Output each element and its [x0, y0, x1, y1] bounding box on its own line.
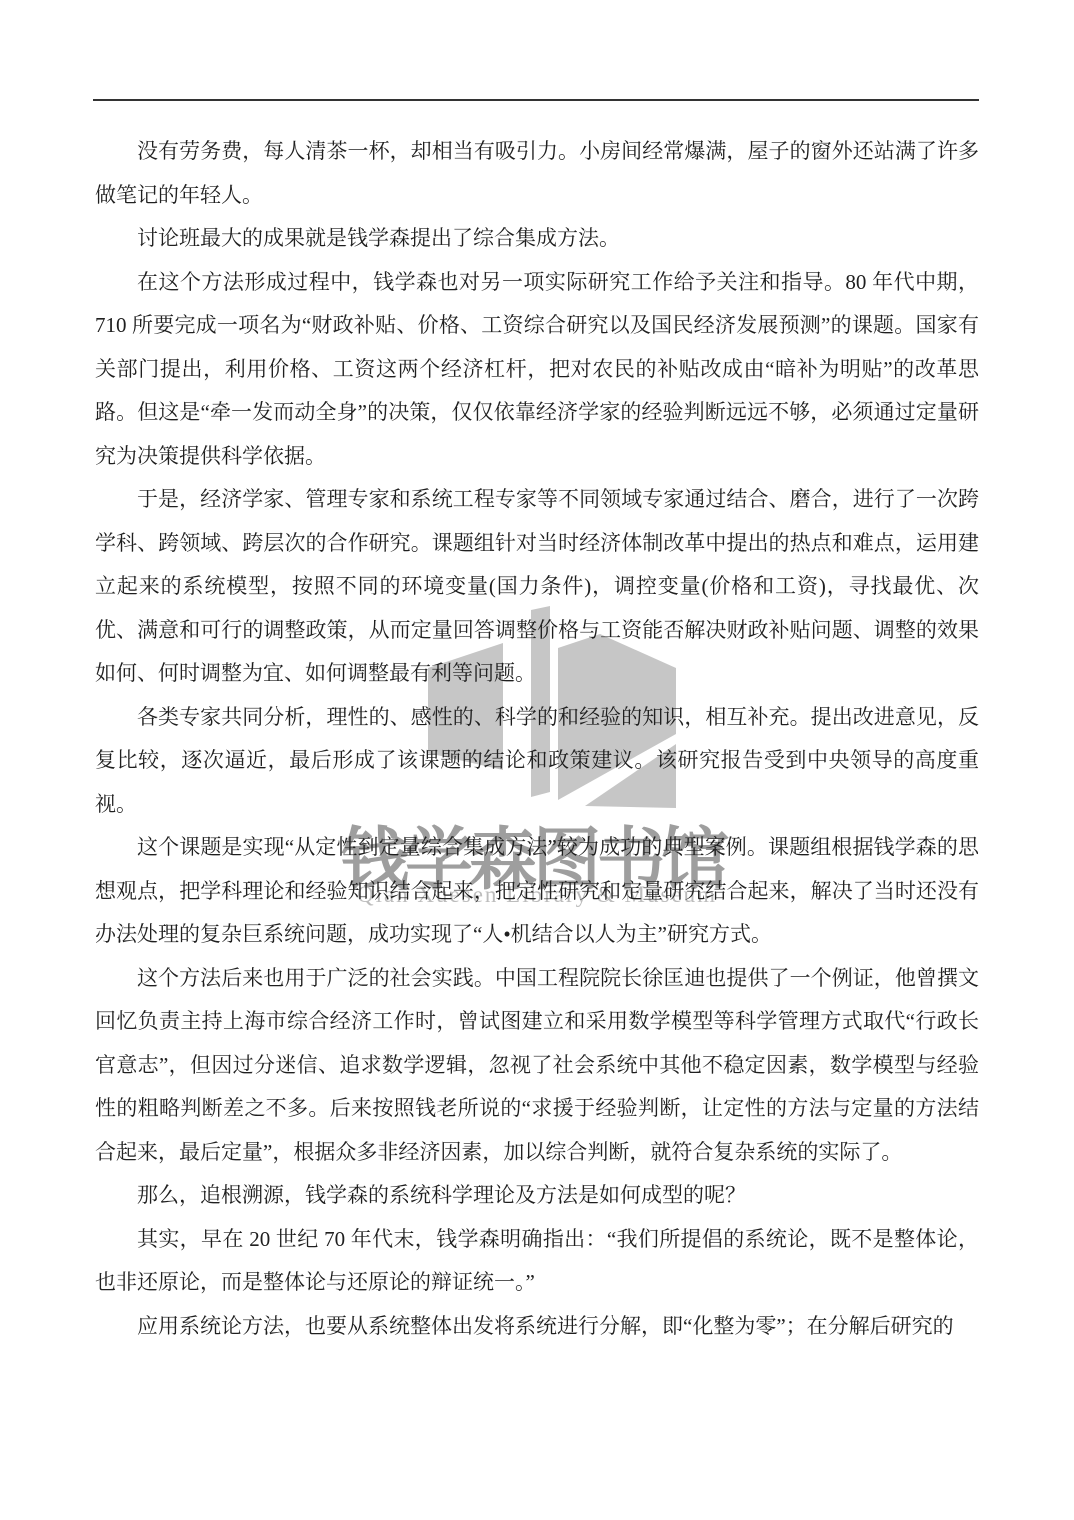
document-body: 没有劳务费，每人清茶一杯，却相当有吸引力。小房间经常爆满，屋子的窗外还站满了许多…	[95, 130, 979, 1348]
paragraph: 各类专家共同分析，理性的、感性的、科学的和经验的知识，相互补充。提出改进意见，反…	[95, 696, 979, 827]
paragraph: 应用系统论方法，也要从系统整体出发将系统进行分解，即“化整为零”；在分解后研究的	[95, 1305, 979, 1349]
paragraph: 没有劳务费，每人清茶一杯，却相当有吸引力。小房间经常爆满，屋子的窗外还站满了许多…	[95, 130, 979, 217]
paragraph: 在这个方法形成过程中，钱学森也对另一项实际研究工作给予关注和指导。80 年代中期…	[95, 261, 979, 479]
document-page: 钱学森图书馆 Qian Xuesen Library & Museum 没有劳务…	[0, 0, 1074, 1520]
paragraph: 这个方法后来也用于广泛的社会实践。中国工程院院长徐匡迪也提供了一个例证，他曾撰文…	[95, 957, 979, 1175]
paragraph: 于是，经济学家、管理专家和系统工程专家等不同领域专家通过结合、磨合，进行了一次跨…	[95, 478, 979, 696]
paragraph: 这个课题是实现“从定性到定量综合集成方法”较为成功的典型案例。课题组根据钱学森的…	[95, 826, 979, 957]
paragraph: 讨论班最大的成果就是钱学森提出了综合集成方法。	[95, 217, 979, 261]
paragraph: 那么，追根溯源，钱学森的系统科学理论及方法是如何成型的呢？	[95, 1174, 979, 1218]
paragraph: 其实，早在 20 世纪 70 年代末，钱学森明确指出：“我们所提倡的系统论，既不…	[95, 1218, 979, 1305]
header-rule	[93, 99, 979, 101]
